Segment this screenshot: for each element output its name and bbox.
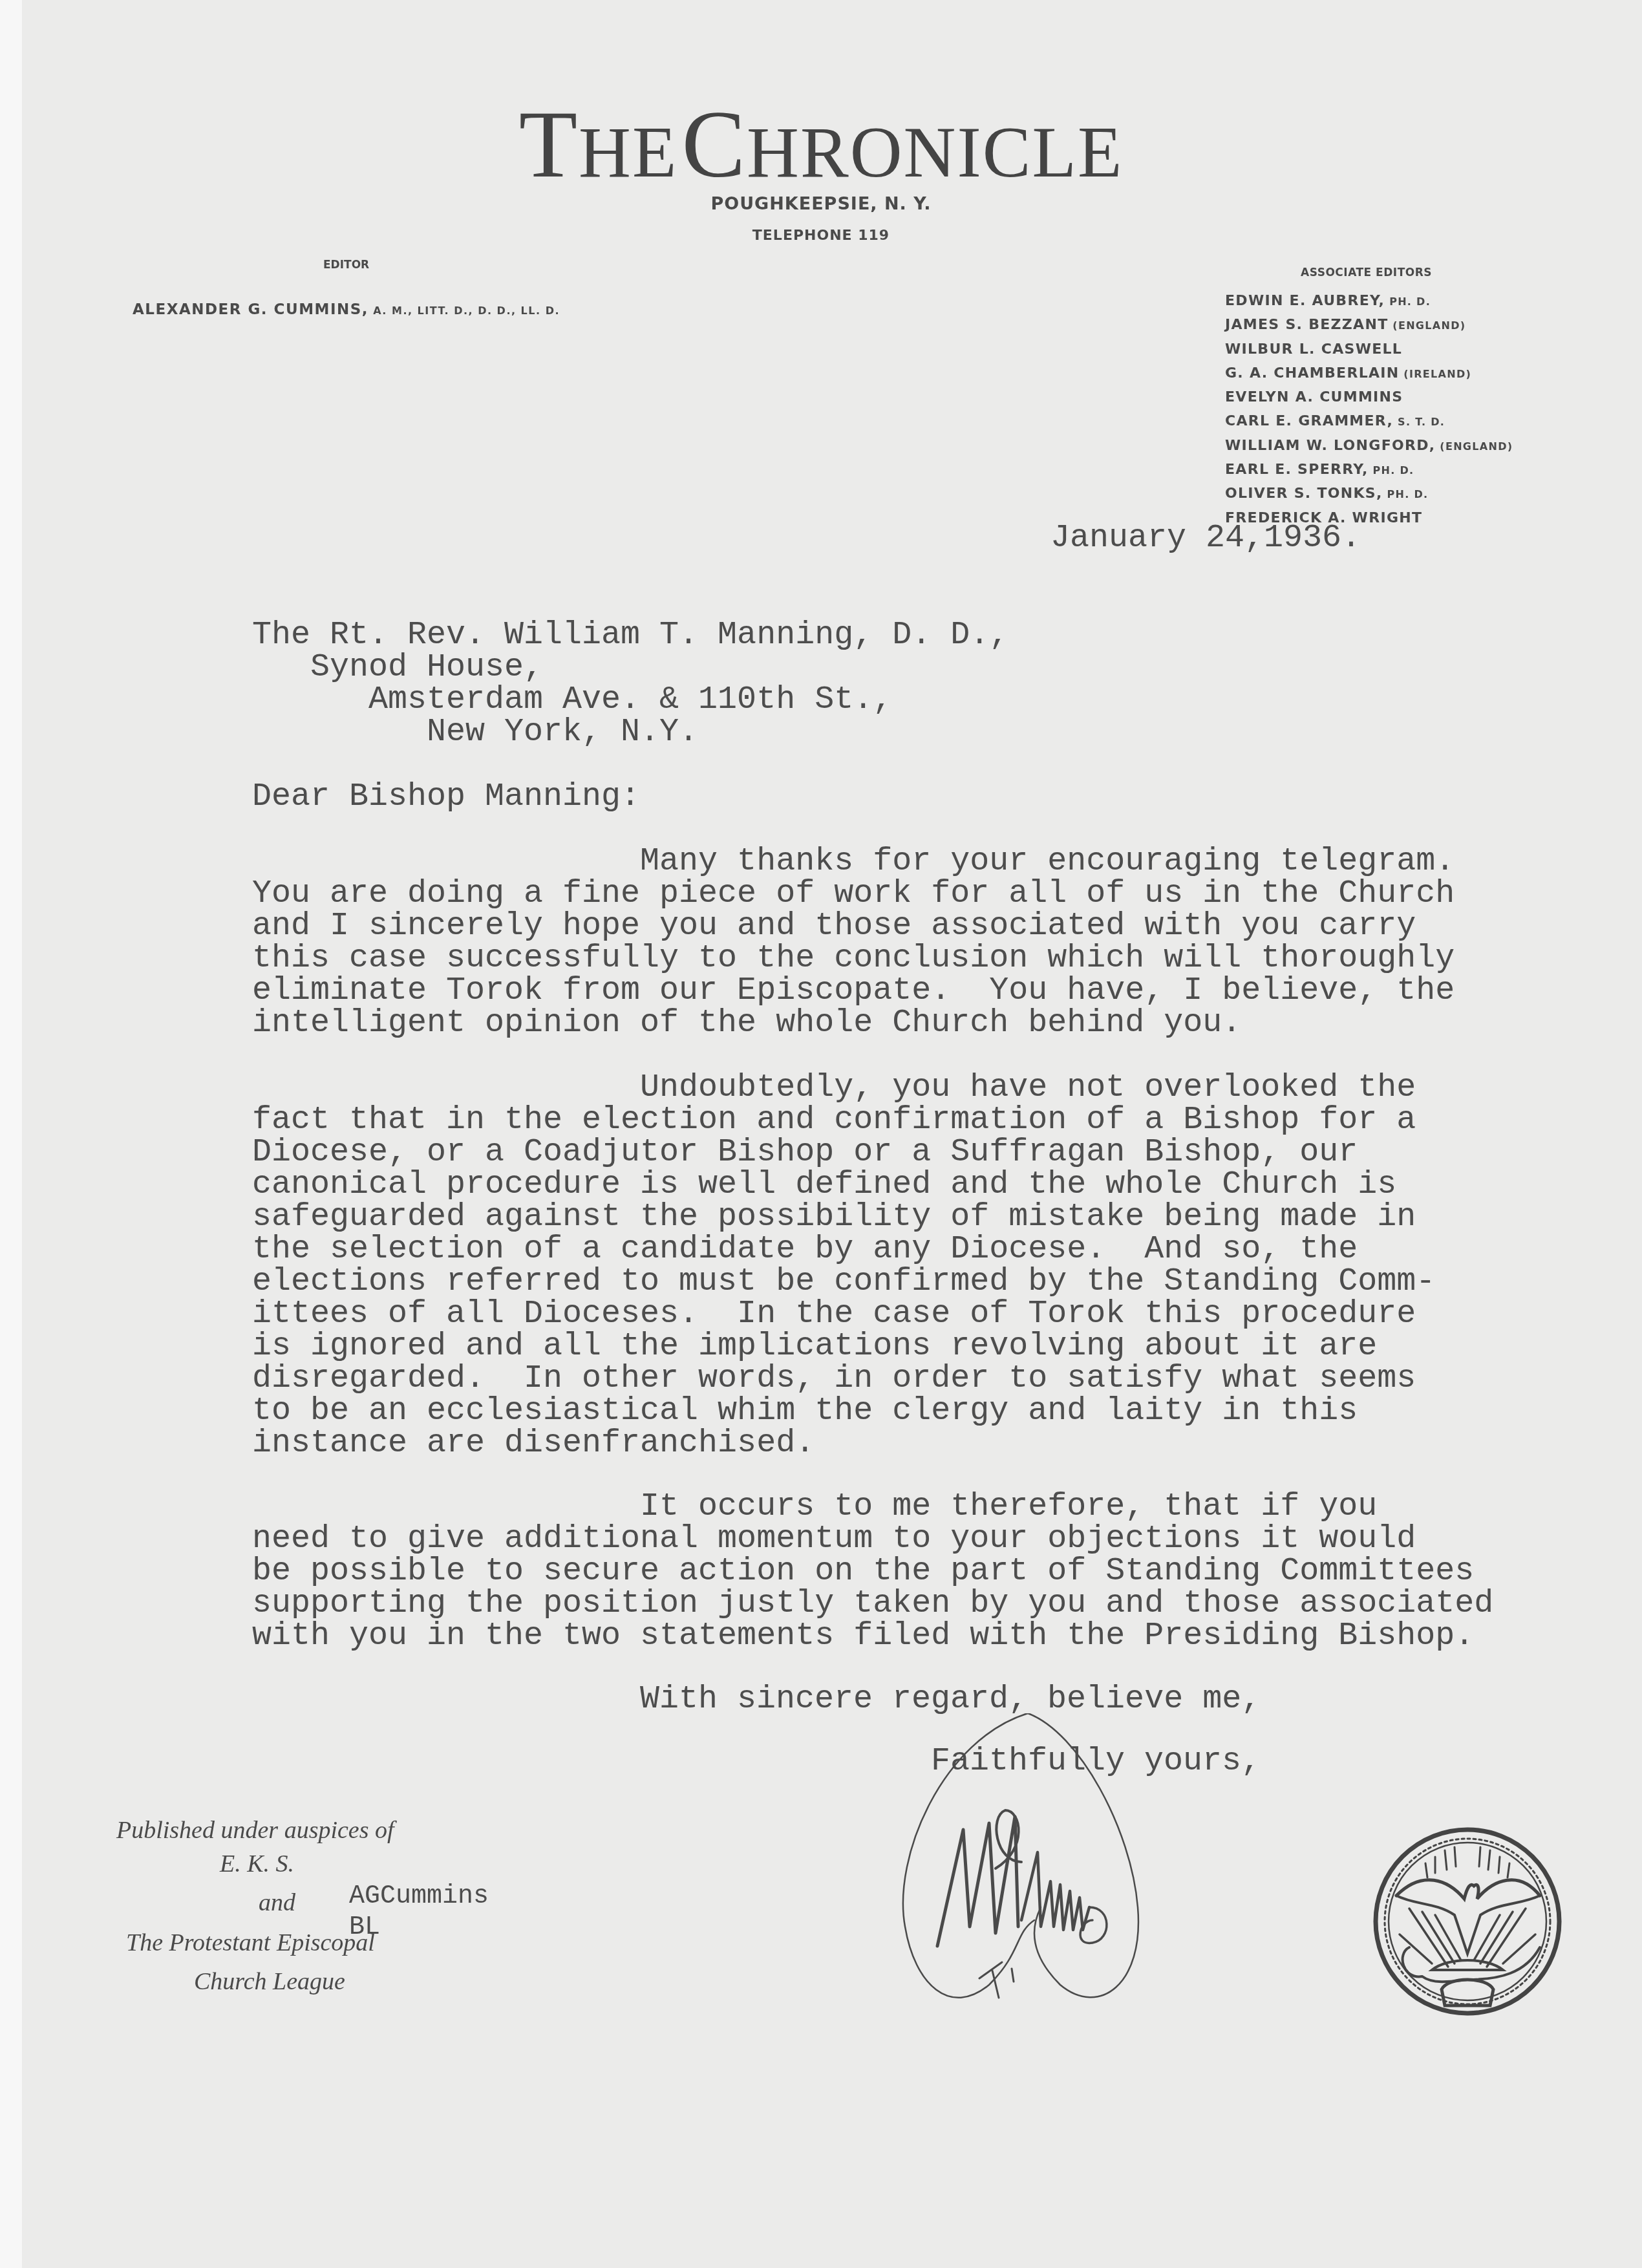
associate-editor: WILLIAM W. LONGFORD, (ENGLAND) (1225, 434, 1513, 458)
associate-editor-name: CARL E. GRAMMER, (1225, 413, 1393, 429)
editor-label: EDITOR (323, 259, 369, 272)
body-line: and I sincerely hope you and those assoc… (252, 910, 1455, 943)
body-line: this case successfully to the conclusion… (252, 943, 1455, 975)
address-line: Synod House, (252, 652, 1008, 684)
body-line: intelligent opinion of the whole Church … (252, 1007, 1455, 1040)
body-line: supporting the position justly taken by … (252, 1588, 1493, 1620)
scan-edge (0, 0, 22, 2268)
associate-editor: OLIVER S. TONKS, PH. D. (1225, 482, 1513, 506)
body-line: to be an ecclesiastical whim the clergy … (252, 1395, 1435, 1428)
paragraph-2: Undoubtedly, you have not overlooked the… (252, 1072, 1435, 1460)
letter-date: January 24,1936. (1050, 522, 1361, 555)
masthead-title: THE CHRONICLE (0, 97, 1642, 193)
associate-editor-name: WILBUR L. CASWELL (1225, 341, 1402, 358)
footer-line-church-league: Church League (194, 1962, 345, 2002)
editor-degrees: A. M., LITT. D., D. D., LL. D. (368, 305, 560, 317)
title-rest-he: HE (579, 112, 677, 193)
title-initial-c: C (681, 92, 747, 198)
associate-editor-name: G. A. CHAMBERLAIN (1225, 365, 1399, 381)
recipient-address: The Rt. Rev. William T. Manning, D. D., … (252, 619, 1008, 749)
associate-editor: EVELYN A. CUMMINS (1225, 386, 1513, 410)
associate-editor-suffix: (ENGLAND) (1435, 440, 1513, 453)
masthead-city: POUGHKEEPSIE, N. Y. (0, 194, 1642, 214)
associate-editor-name: EARL E. SPERRY, (1225, 462, 1369, 478)
body-line: safeguarded against the possibility of m… (252, 1201, 1435, 1234)
initials-line: BL (349, 1912, 489, 1943)
salutation: Dear Bishop Manning: (252, 781, 640, 813)
associate-editor: WILBUR L. CASWELL (1225, 338, 1513, 362)
body-line: fact that in the election and confirmati… (252, 1104, 1435, 1137)
associate-editor-name: EDWIN E. AUBREY, (1225, 293, 1385, 309)
associate-editors-list: EDWIN E. AUBREY, PH. D.JAMES S. BEZZANT … (1225, 290, 1513, 531)
closing-line: With sincere regard, believe me, (640, 1684, 1261, 1716)
signature-icon (866, 1713, 1241, 2024)
associate-editor-suffix: PH. D. (1369, 464, 1414, 476)
footer-line-eks: E. K. S. (220, 1844, 294, 1884)
associate-editor-name: EVELYN A. CUMMINS (1225, 389, 1403, 405)
paragraph-3: It occurs to me therefore, that if youne… (252, 1491, 1493, 1653)
body-line: disregarded. In other words, in order to… (252, 1363, 1435, 1395)
associate-editor: EDWIN E. AUBREY, PH. D. (1225, 290, 1513, 314)
associate-editor-name: WILLIAM W. LONGFORD, (1225, 438, 1435, 454)
associate-editor-suffix: PH. D. (1383, 488, 1429, 500)
body-line: Many thanks for your encouraging telegra… (252, 846, 1455, 878)
title-initial-t: T (519, 92, 579, 198)
associate-editor-suffix: PH. D. (1385, 295, 1431, 308)
associate-editor-name: OLIVER S. TONKS, (1225, 486, 1383, 502)
associate-editor-suffix: (ENGLAND) (1388, 319, 1466, 332)
title-rest-hronicle: HRONICLE (747, 112, 1123, 193)
address-line: New York, N.Y. (252, 716, 1008, 749)
body-line: Undoubtedly, you have not overlooked the (252, 1072, 1435, 1104)
footer-line-and: and (259, 1883, 295, 1923)
initials-line: AGCummins (349, 1881, 489, 1912)
address-line: Amsterdam Ave. & 110th St., (252, 684, 1008, 716)
associate-editors-label: ASSOCIATE EDITORS (1301, 266, 1432, 279)
body-line: with you in the two statements filed wit… (252, 1620, 1493, 1653)
body-line: be possible to secure action on the part… (252, 1556, 1493, 1588)
body-line: eliminate Torok from our Episcopate. You… (252, 975, 1455, 1007)
body-line: elections referred to must be confirmed … (252, 1266, 1435, 1298)
dove-and-lamp-seal-icon (1370, 1824, 1564, 2018)
editor-name-text: ALEXANDER G. CUMMINS, (133, 301, 368, 318)
editor-name: ALEXANDER G. CUMMINS, A. M., LITT. D., D… (120, 284, 560, 318)
associate-editor: CARL E. GRAMMER, S. T. D. (1225, 410, 1513, 434)
body-line: the selection of a candidate by any Dioc… (252, 1234, 1435, 1266)
body-line: canonical procedure is well defined and … (252, 1169, 1435, 1201)
associate-editor: G. A. CHAMBERLAIN (IRELAND) (1225, 362, 1513, 386)
body-line: It occurs to me therefore, that if you (252, 1491, 1493, 1523)
associate-editor: EARL E. SPERRY, PH. D. (1225, 458, 1513, 482)
body-line: You are doing a fine piece of work for a… (252, 878, 1455, 910)
associate-editor-name: JAMES S. BEZZANT (1225, 317, 1388, 333)
address-line: The Rt. Rev. William T. Manning, D. D., (252, 619, 1008, 652)
associate-editor-suffix: (IRELAND) (1399, 368, 1471, 380)
associate-editor: JAMES S. BEZZANT (ENGLAND) (1225, 314, 1513, 337)
body-line: Diocese, or a Coadjutor Bishop or a Suff… (252, 1137, 1435, 1169)
body-line: is ignored and all the implications revo… (252, 1331, 1435, 1363)
footer-line-protestant-episcopal: The Protestant Episcopal (126, 1923, 375, 1963)
paragraph-1: Many thanks for your encouraging telegra… (252, 846, 1455, 1040)
typist-initials: AGCumminsBL (349, 1881, 489, 1943)
masthead-telephone: TELEPHONE 119 (0, 228, 1642, 244)
associate-editor-suffix: S. T. D. (1393, 416, 1445, 428)
body-line: instance are disenfranchised. (252, 1428, 1435, 1460)
body-line: ittees of all Dioceses. In the case of T… (252, 1298, 1435, 1331)
body-line: need to give additional momentum to your… (252, 1523, 1493, 1556)
